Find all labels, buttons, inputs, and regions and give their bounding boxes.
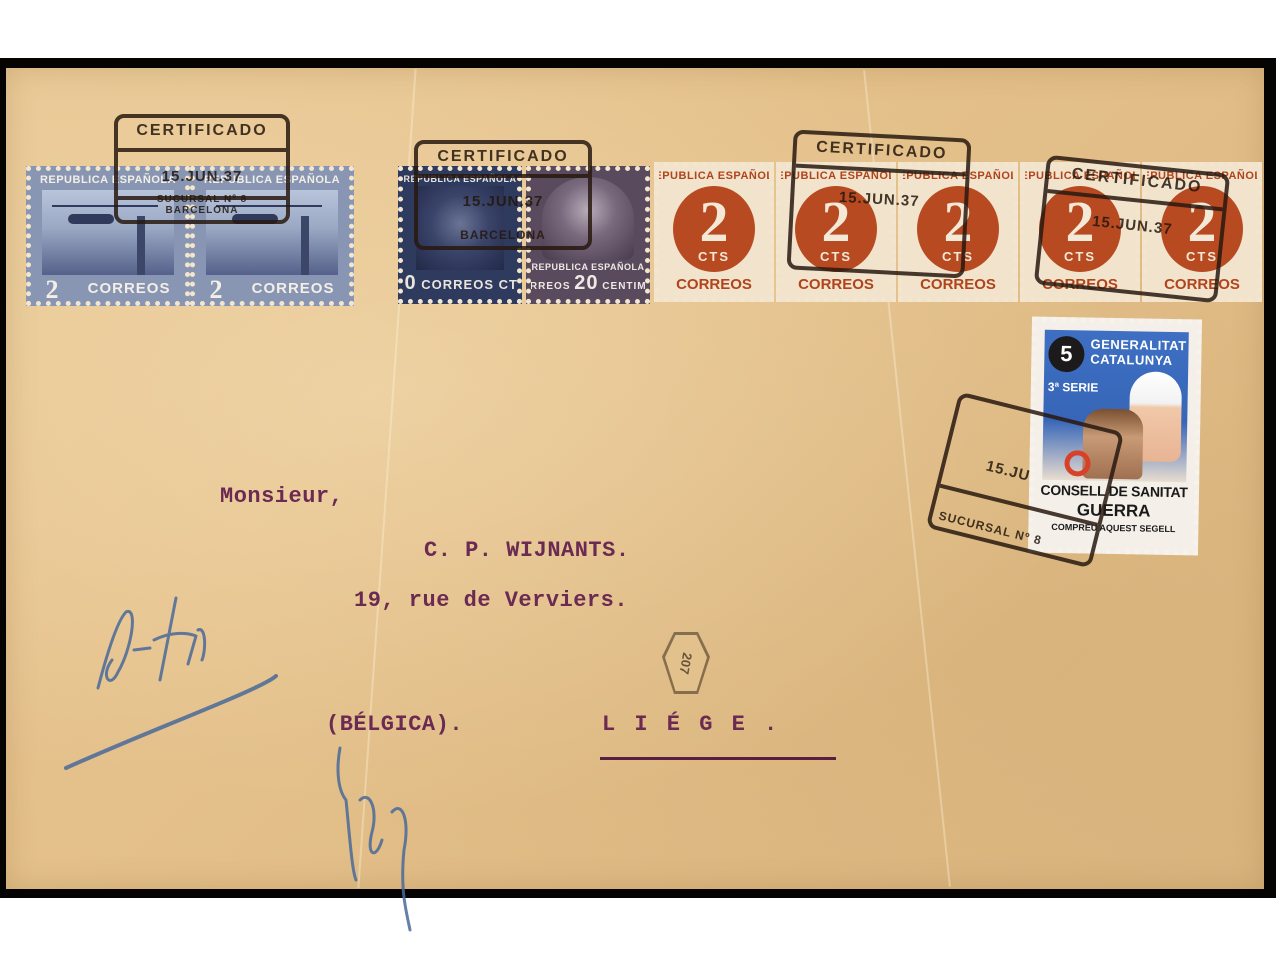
stamp-label: CORREOS <box>252 280 335 297</box>
stamp-unit: CENTIMOS <box>602 281 650 292</box>
label-issuer-line: GENERALITAT <box>1090 337 1186 354</box>
city-underline <box>600 757 836 760</box>
stamp-unit: CTS <box>698 249 730 264</box>
address-name: C. P. WIJNANTS. <box>424 538 630 563</box>
handstamp-text: 207 <box>677 651 696 675</box>
cancel-office: BARCELONA <box>424 228 582 242</box>
label-series: 3ª SERIE <box>1048 380 1099 395</box>
stamp-value: 50 <box>398 272 417 294</box>
registered-cancel: CERTIFICADO 15.JUN.37 <box>786 129 971 278</box>
cancel-title: CERTIFICADO <box>424 148 582 166</box>
registered-cancel: CERTIFICADO 15.JUN.37 SUCURSAL Nº 8 BARC… <box>114 114 290 224</box>
cancel-date: 15.JUN.37 <box>124 168 280 185</box>
registered-cancel: CERTIFICADO 15.JUN.37 <box>1034 155 1231 304</box>
stamp-value: 2 <box>699 195 728 249</box>
address-city: L I É G E . <box>602 712 780 737</box>
label-issuer-line: CATALUNYA <box>1090 352 1186 369</box>
cancel-date: 15.JUN.37 <box>800 187 959 212</box>
cancel-date: 15.JUN.37 <box>1050 208 1215 242</box>
cancel-title: CERTIFICADO <box>802 138 961 164</box>
stamp-label: CORREOS <box>421 277 494 292</box>
cancel-date: 15.JUN.37 <box>424 193 582 210</box>
stamp-value: 20 <box>574 272 598 294</box>
stamp-value: 2 <box>210 279 223 301</box>
numeral-oval: 2CTS <box>673 186 754 272</box>
stamp-label: CORREOS <box>526 281 570 292</box>
cancel-title: CERTIFICADO <box>124 122 280 140</box>
stamp-label: CORREOS <box>676 276 752 293</box>
stamp-value: 2 <box>46 279 59 301</box>
stamp-2-cts-numeral: REPUBLICA ESPAÑOLA 2CTS CORREOS <box>654 162 774 302</box>
stamp-country: REPUBLICA ESPAÑOLA <box>654 170 774 182</box>
cancel-office: SUCURSAL Nº 8 BARCELONA <box>124 194 280 216</box>
label-issuer: GENERALITAT CATALUNYA <box>1090 337 1187 369</box>
stamp-label: CORREOS <box>798 276 874 293</box>
address-country: (BÉLGICA). <box>326 712 463 737</box>
cancel-date: 15.JU <box>984 457 1101 502</box>
stamp-unit: CTS <box>499 277 522 292</box>
stamp-label: CORREOS <box>920 276 996 293</box>
registered-cancel: CERTIFICADO 15.JUN.37 BARCELONA <box>414 140 592 250</box>
stamp-label: CORREOS <box>88 280 171 297</box>
stamp-country: REPUBLICA ESPAÑOLA <box>531 262 644 272</box>
address-salutation: Monsieur, <box>220 484 343 509</box>
address-street: 19, rue de Verviers. <box>354 588 628 613</box>
